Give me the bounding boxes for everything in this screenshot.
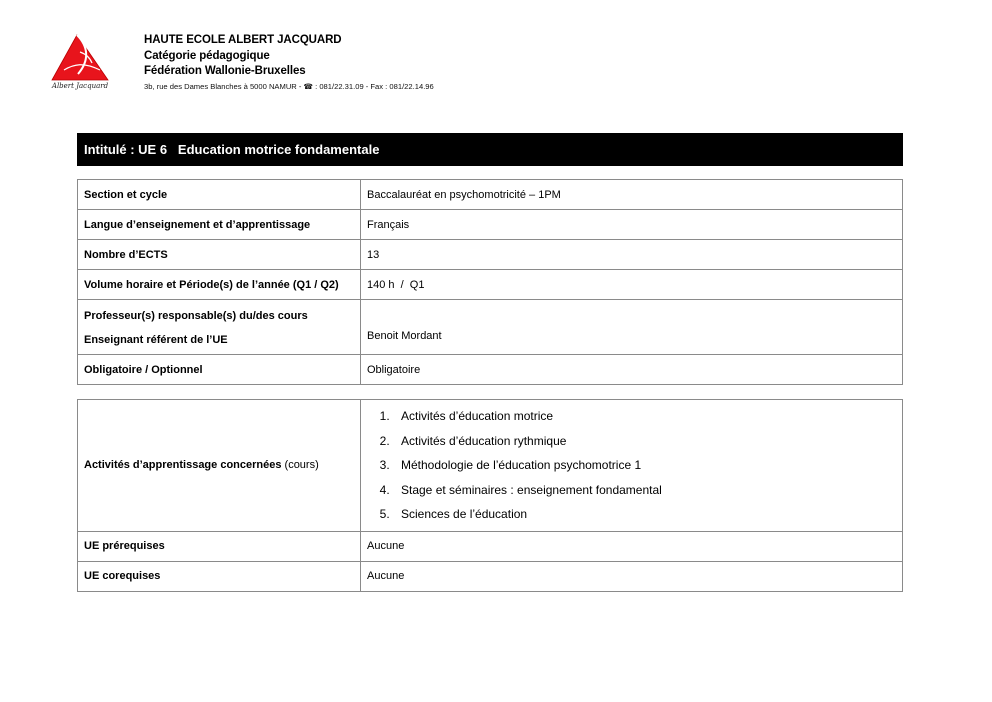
activities-table: Activités d’apprentissage concernées (co… [77, 399, 903, 592]
course-info-table: Section et cycle Baccalauréat en psychom… [77, 179, 903, 385]
org-header: HAUTE ECOLE ALBERT JACQUARD Catégorie pé… [144, 33, 434, 93]
list-item: Sciences de l’éducation [393, 502, 896, 527]
table-row: UE corequises Aucune [78, 561, 903, 591]
org-name: HAUTE ECOLE ALBERT JACQUARD [144, 33, 434, 49]
list-item: Stage et séminaires : enseignement fonda… [393, 478, 896, 503]
activities-label: Activités d’apprentissage concernées (co… [78, 400, 361, 532]
activities-list-cell: Activités d’éducation motrice Activités … [361, 400, 903, 532]
row-label-stack: Professeur(s) responsable(s) du/des cour… [78, 300, 361, 355]
row-label: Section et cycle [78, 180, 361, 210]
org-federation: Fédération Wallonie-Bruxelles [144, 64, 434, 80]
row-value: Obligatoire [361, 355, 903, 385]
list-item: Activités d’éducation motrice [393, 404, 896, 429]
hours-period: 140 h / Q1 [367, 279, 424, 291]
table-row: Volume horaire et Période(s) de l’année … [78, 270, 903, 300]
list-item: Méthodologie de l’éducation psychomotric… [393, 453, 896, 478]
row-value: Baccalauréat en psychomotricité – 1PM [361, 180, 903, 210]
row-label-secondary: Enseignant référent de l’UE [84, 328, 354, 352]
row-value: 13 [361, 240, 903, 270]
row-value: Français [361, 210, 903, 240]
row-value: 140 h / Q1 [361, 270, 903, 300]
org-category: Catégorie pédagogique [144, 49, 434, 65]
org-address: 3b, rue des Dames Blanches à 5000 NAMUR … [144, 81, 434, 93]
row-value: Aucune [361, 531, 903, 561]
table-row: Obligatoire / Optionnel Obligatoire [78, 355, 903, 385]
row-label: Obligatoire / Optionnel [78, 355, 361, 385]
table-row: Section et cycle Baccalauréat en psychom… [78, 180, 903, 210]
table-row: Activités d’apprentissage concernées (co… [78, 400, 903, 532]
school-logo: Albert Jacquard [44, 30, 116, 96]
row-label: UE prérequises [78, 531, 361, 561]
table-row: Nombre d’ECTS 13 [78, 240, 903, 270]
row-value: Benoit Mordant [367, 300, 896, 348]
row-label: Langue d’enseignement et d’apprentissage [78, 210, 361, 240]
row-label: Volume horaire et Période(s) de l’année … [78, 270, 361, 300]
row-label: Nombre d’ECTS [78, 240, 361, 270]
list-item: Activités d’éducation rythmique [393, 429, 896, 454]
triangle-logo-icon [44, 30, 116, 82]
table-row: UE prérequises Aucune [78, 531, 903, 561]
row-value-cell: Benoit Mordant [361, 300, 903, 355]
activities-list: Activités d’éducation motrice Activités … [367, 400, 896, 531]
logo-caption: Albert Jacquard [48, 82, 112, 90]
course-title: Intitulé : UE 6 Education motrice fondam… [77, 133, 903, 166]
row-label: Professeur(s) responsable(s) du/des cour… [84, 304, 354, 328]
row-value: Aucune [361, 561, 903, 591]
row-label: UE corequises [78, 561, 361, 591]
table-row: Langue d’enseignement et d’apprentissage… [78, 210, 903, 240]
table-row: Professeur(s) responsable(s) du/des cour… [78, 300, 903, 355]
